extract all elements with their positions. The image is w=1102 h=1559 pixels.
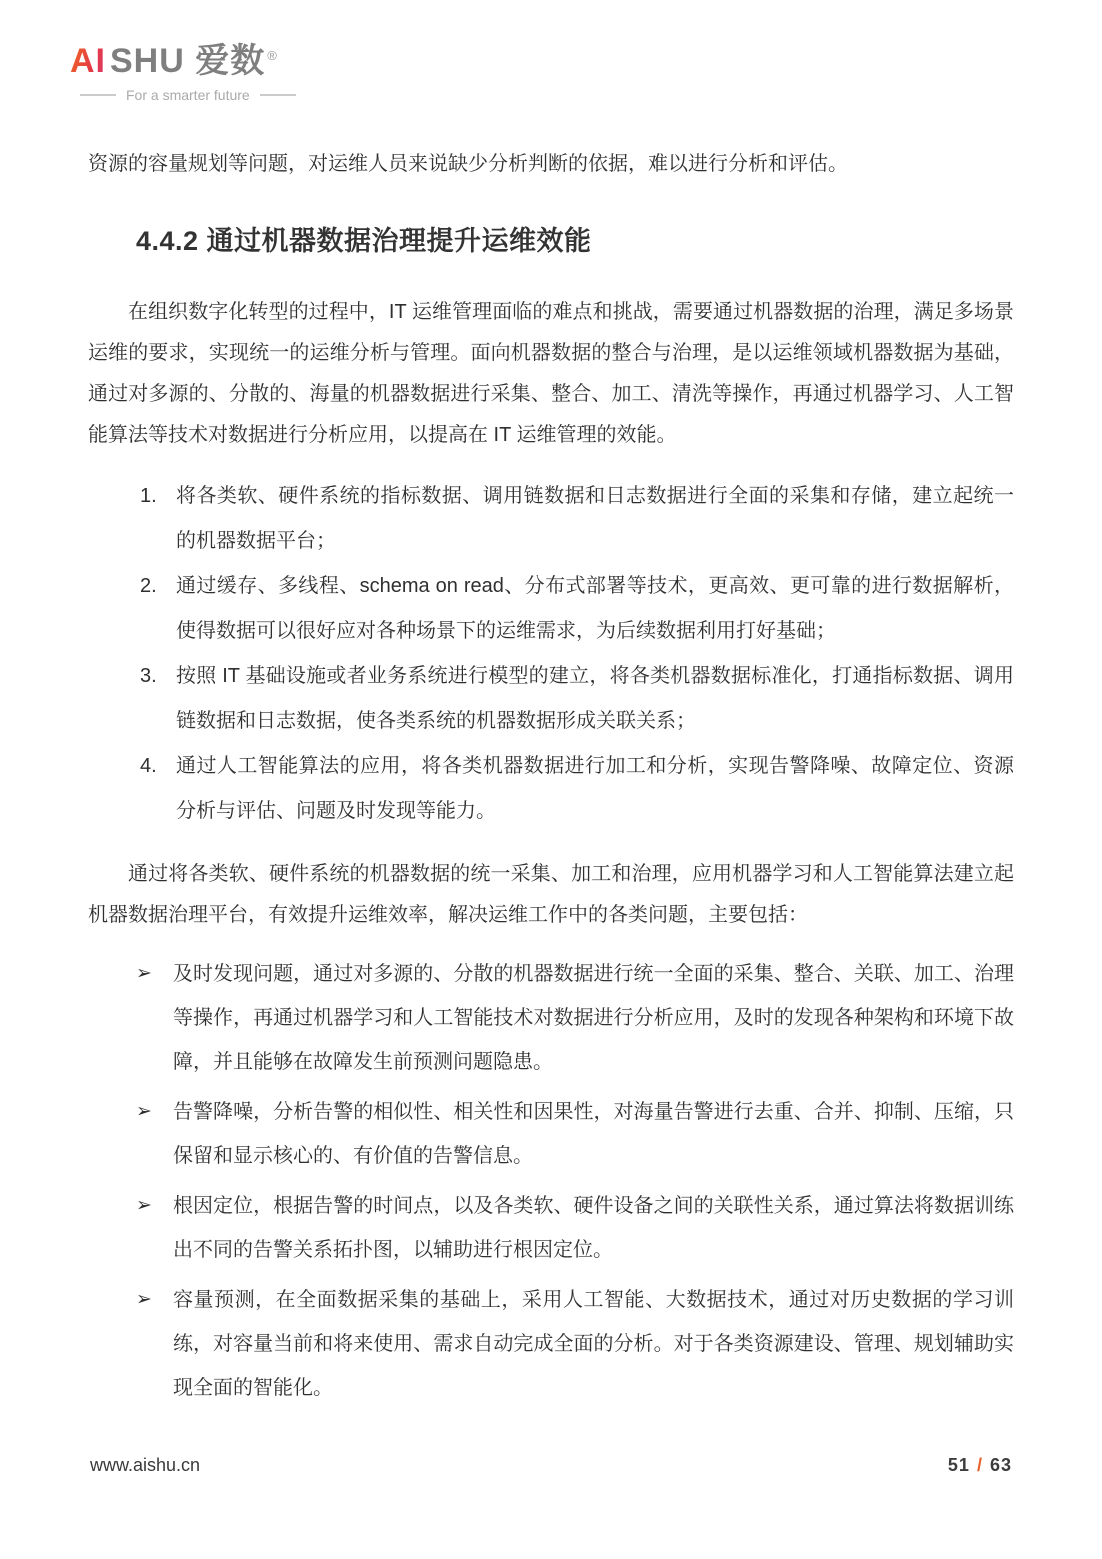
- bullet-item-text: 容量预测，在全面数据采集的基础上，采用人工智能、大数据技术，通过对历史数据的学习…: [173, 1289, 1014, 1399]
- document-page: AISHU 爱数® For a smarter future 资源的容量规划等问…: [0, 0, 1102, 1559]
- arrow-bullet-icon: ➢: [136, 1278, 152, 1322]
- page-header: AISHU 爱数® For a smarter future: [0, 0, 1102, 103]
- list-item-text: 将各类软、硬件系统的指标数据、调用链数据和日志数据进行全面的采集和存储，建立起统…: [176, 485, 1014, 552]
- logo-shu-text: SHU: [110, 42, 185, 80]
- tagline-dash-left: [80, 94, 116, 96]
- page-number: 51/63: [948, 1455, 1012, 1476]
- bullet-item-text: 根因定位，根据告警的时间点，以及各类软、硬件设备之间的关联性关系，通过算法将数据…: [173, 1195, 1014, 1261]
- tagline-dash-right: [260, 94, 296, 96]
- list-item-text: 通过缓存、多线程、schema on read、分布式部署等技术，更高效、更可靠…: [176, 575, 1014, 642]
- logo-tagline: For a smarter future: [80, 87, 1012, 103]
- numbered-list-item: 2. 通过缓存、多线程、schema on read、分布式部署等技术，更高效、…: [88, 564, 1014, 654]
- bullet-list-item: ➢ 根因定位，根据告警的时间点，以及各类软、硬件设备之间的关联性关系，通过算法将…: [88, 1184, 1014, 1272]
- paragraph-1: 在组织数字化转型的过程中，IT 运维管理面临的难点和挑战，需要通过机器数据的治理…: [88, 292, 1014, 456]
- intro-continuation-text: 资源的容量规划等问题，对运维人员来说缺少分析判断的依据，难以进行分析和评估。: [88, 149, 1014, 179]
- list-item-text: 通过人工智能算法的应用，将各类机器数据进行加工和分析，实现告警降噪、故障定位、资…: [176, 755, 1014, 822]
- bullet-list-item: ➢ 及时发现问题，通过对多源的、分散的机器数据进行统一全面的采集、整合、关联、加…: [88, 952, 1014, 1084]
- logo-cn-text: 爱数: [195, 42, 265, 80]
- arrow-bullet-icon: ➢: [136, 1184, 152, 1228]
- list-item-text: 按照 IT 基础设施或者业务系统进行模型的建立，将各类机器数据标准化，打通指标数…: [176, 665, 1014, 732]
- bullet-list-item: ➢ 容量预测，在全面数据采集的基础上，采用人工智能、大数据技术，通过对历史数据的…: [88, 1278, 1014, 1410]
- list-item-number: 1.: [140, 474, 157, 519]
- page-separator: /: [970, 1455, 990, 1475]
- bullet-item-text: 及时发现问题，通过对多源的、分散的机器数据进行统一全面的采集、整合、关联、加工、…: [173, 963, 1014, 1073]
- paragraph-2: 通过将各类软、硬件系统的机器数据的统一采集、加工和治理，应用机器学习和人工智能算…: [88, 854, 1014, 936]
- list-item-number: 3.: [140, 654, 157, 699]
- page-total: 63: [990, 1455, 1012, 1475]
- bullet-list: ➢ 及时发现问题，通过对多源的、分散的机器数据进行统一全面的采集、整合、关联、加…: [88, 952, 1014, 1410]
- arrow-bullet-icon: ➢: [136, 1090, 152, 1134]
- numbered-list: 1. 将各类软、硬件系统的指标数据、调用链数据和日志数据进行全面的采集和存储，建…: [88, 474, 1014, 834]
- numbered-list-item: 1. 将各类软、硬件系统的指标数据、调用链数据和日志数据进行全面的采集和存储，建…: [88, 474, 1014, 564]
- registered-mark-icon: ®: [267, 48, 278, 63]
- page-footer: www.aishu.cn 51/63: [90, 1455, 1012, 1476]
- arrow-bullet-icon: ➢: [136, 952, 152, 996]
- logo-ai-text: AI: [70, 42, 110, 80]
- document-content: 资源的容量规划等问题，对运维人员来说缺少分析判断的依据，难以进行分析和评估。 4…: [0, 149, 1102, 1410]
- numbered-list-item: 3. 按照 IT 基础设施或者业务系统进行模型的建立，将各类机器数据标准化，打通…: [88, 654, 1014, 744]
- tagline-text: For a smarter future: [126, 87, 250, 103]
- bullet-item-text: 告警降噪，分析告警的相似性、相关性和因果性，对海量告警进行去重、合并、抑制、压缩…: [173, 1101, 1014, 1167]
- footer-url-link[interactable]: www.aishu.cn: [90, 1455, 200, 1476]
- section-heading: 4.4.2 通过机器数据治理提升运维效能: [136, 219, 1014, 258]
- aishu-logo: AISHU 爱数®: [70, 44, 1012, 78]
- list-item-number: 4.: [140, 744, 157, 789]
- page-current: 51: [948, 1455, 970, 1475]
- bullet-list-item: ➢ 告警降噪，分析告警的相似性、相关性和因果性，对海量告警进行去重、合并、抑制、…: [88, 1090, 1014, 1178]
- numbered-list-item: 4. 通过人工智能算法的应用，将各类机器数据进行加工和分析，实现告警降噪、故障定…: [88, 744, 1014, 834]
- list-item-number: 2.: [140, 564, 157, 609]
